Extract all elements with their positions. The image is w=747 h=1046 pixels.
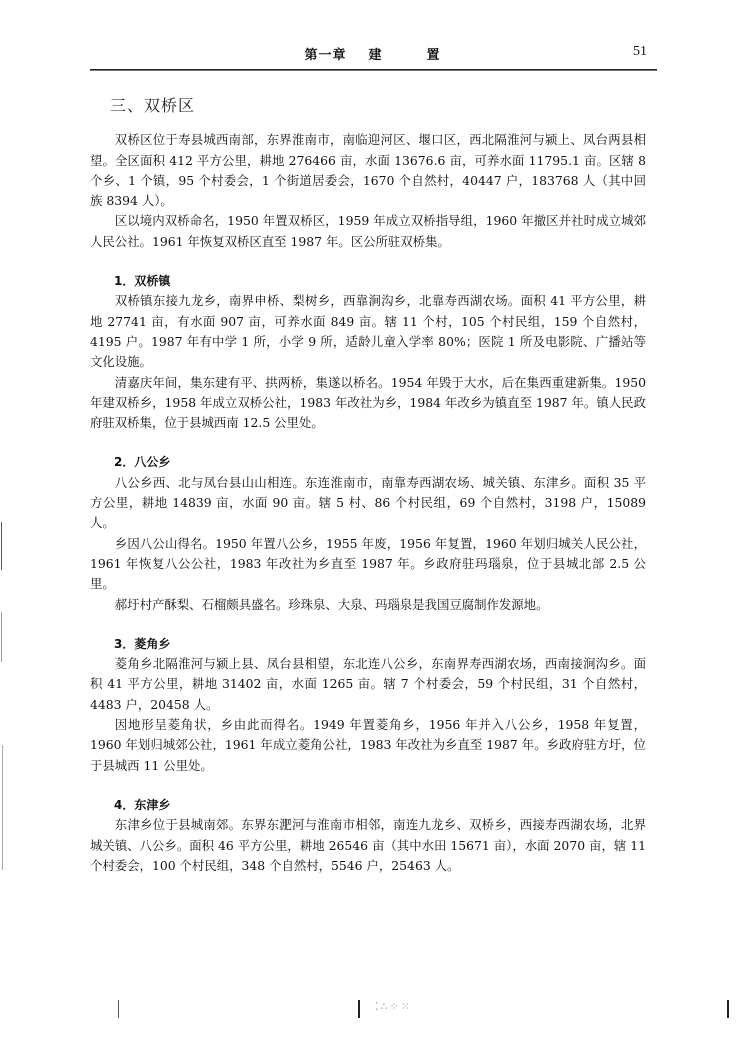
page-body: 三、双桥区 双桥区位于寿县城西南部，东界淮南市，南临迎河区、堰口区，西北隔淮河与…	[90, 96, 646, 876]
chapter-title-part2: 置	[427, 48, 441, 63]
running-header-title: 第一章建置	[90, 44, 655, 63]
header-divider	[90, 69, 657, 71]
section-title: 三、双桥区	[110, 96, 646, 116]
paragraph: 八公乡西、北与凤台县山山相连。东连淮南市，南靠寿西湖农场、城关镇、东津乡。面积 …	[90, 473, 646, 534]
subsection-dongjin-township: 4．东津乡 东津乡位于县城南郊。东界东淝河与淮南市相邻，南连九龙乡、双桥乡，西接…	[90, 795, 646, 876]
paragraph: 区以境内双桥命名，1950 年置双桥区，1959 年成立双桥指导组，1960 年…	[90, 211, 646, 252]
paragraph: 双桥区位于寿县城西南部，东界淮南市，南临迎河区、堰口区，西北隔淮河与颍上、凤台两…	[90, 130, 646, 211]
paragraph: 郝圩村产酥梨、石榴颇具盛名。珍珠泉、大泉、玛瑙泉是我国豆腐制作发源地。	[90, 595, 646, 615]
scan-artifact-line	[727, 1000, 729, 1018]
paragraph: 东津乡位于县城南郊。东界东淝河与淮南市相邻，南连九龙乡、双桥乡，西接寿西湖农场，…	[90, 815, 646, 876]
scan-noise: ⁚∴⁘⁙	[375, 1000, 412, 1013]
chapter-label: 第一章	[304, 48, 346, 63]
paragraph: 乡因八公山得名。1950 年置八公乡，1955 年废，1956 年复置，1960…	[90, 534, 646, 595]
scan-artifact-line	[1, 612, 2, 662]
scan-artifact-line	[358, 1000, 360, 1018]
scan-artifact-line	[1, 522, 2, 570]
paragraph: 双桥镇东接九龙乡，南界申桥、梨树乡，西靠涧沟乡，北靠寿西湖农场。面积 41 平方…	[90, 291, 646, 372]
subsection-bagong-township: 2．八公乡 八公乡西、北与凤台县山山相连。东连淮南市，南靠寿西湖农场、城关镇、东…	[90, 452, 646, 614]
subsection-heading: 1．双桥镇	[90, 271, 646, 291]
page-header: 第一章建置 51	[90, 44, 655, 66]
chapter-title-part1: 建	[368, 48, 382, 63]
subsection-heading: 2．八公乡	[90, 452, 646, 472]
subsection-heading: 3．菱角乡	[90, 634, 646, 654]
paragraph: 清嘉庆年间，集东建有平、拱两桥，集遂以桥名。1954 年毁于大水，后在集西重建新…	[90, 373, 646, 434]
scan-artifact-line	[118, 1000, 119, 1018]
subsection-shuangqiao-town: 1．双桥镇 双桥镇东接九龙乡，南界申桥、梨树乡，西靠涧沟乡，北靠寿西湖农场。面积…	[90, 271, 646, 433]
subsection-heading: 4．东津乡	[90, 795, 646, 815]
scan-artifact-line	[2, 745, 3, 870]
paragraph: 菱角乡北隔淮河与颍上县、凤台县相望，东北连八公乡，东南界寿西湖农场，西南接涧沟乡…	[90, 654, 646, 715]
subsection-lingjiao-township: 3．菱角乡 菱角乡北隔淮河与颍上县、凤台县相望，东北连八公乡，东南界寿西湖农场，…	[90, 634, 646, 776]
paragraph: 因地形呈菱角状，乡由此而得名。1949 年置菱角乡，1956 年并入八公乡，19…	[90, 715, 646, 776]
page-number: 51	[633, 44, 647, 60]
